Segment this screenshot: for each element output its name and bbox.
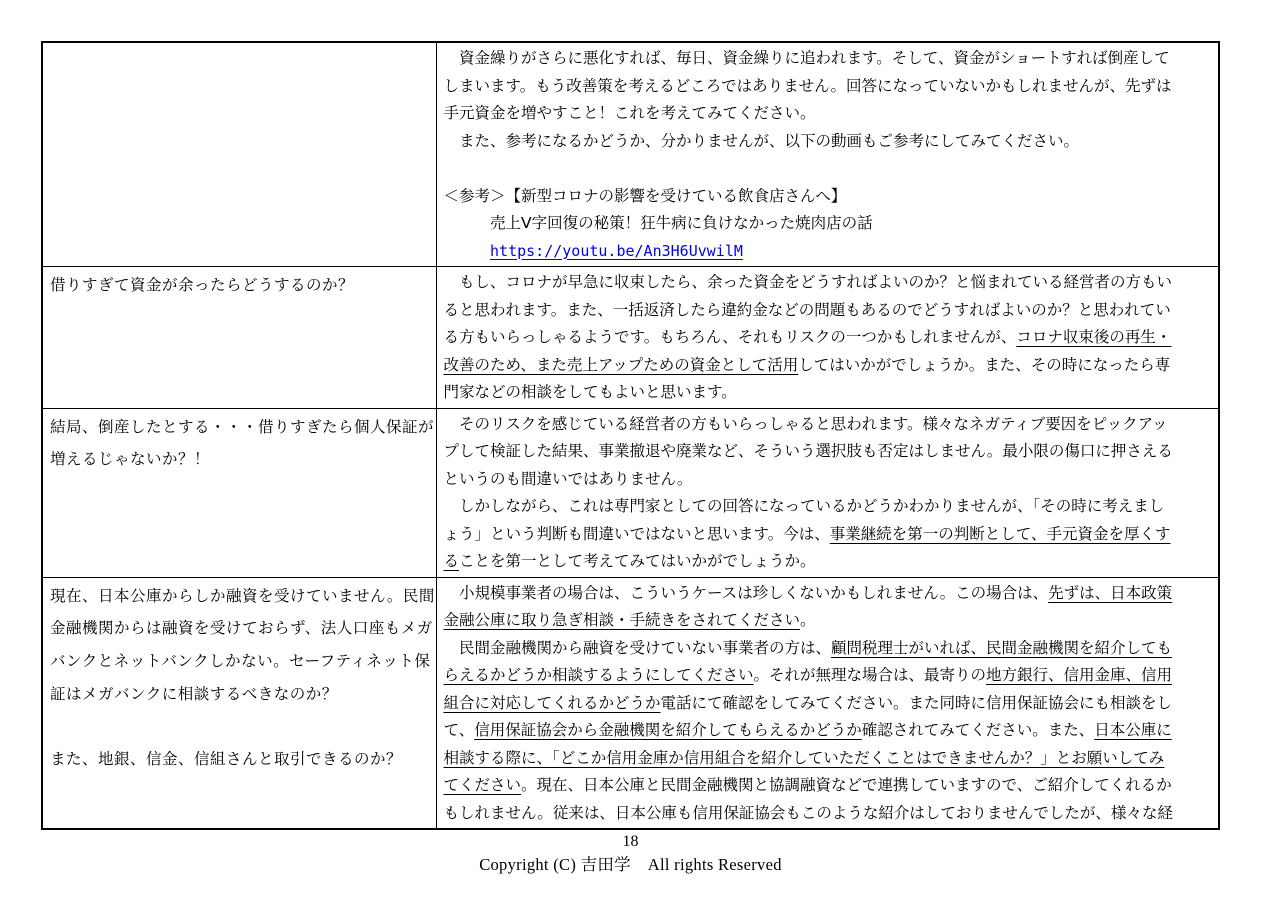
body-text: 資金繰りがさらに悪化すれば、毎日、資金繰りに追われます。そして、資金がショートす… — [444, 49, 1170, 67]
question-cell — [42, 42, 436, 267]
question-line — [50, 711, 429, 744]
answer-line: そのリスクを感じている経営者の方もいらっしゃると思われます。様々なネガティブ要因… — [444, 411, 1212, 439]
body-text: プして検証した結果、事業撤退や廃業など、そういう選択肢も否定はしません。最小限の… — [444, 442, 1173, 460]
answer-line: 売上V字回復の秘策！狂牛病に負けなかった焼肉店の話 — [444, 210, 1212, 238]
underlined-text: 信用保証協会から金融機関を紹介してもらえるかどうか — [474, 721, 862, 739]
underlined-text: 相談する際に、「どこか信用金庫か信用組合を紹介していただくことはできませんか？」… — [444, 749, 1165, 767]
answer-line: https://youtu.be/An3H6UvwilM — [444, 238, 1212, 266]
question-cell: 結局、倒産したとする・・・借りすぎたら個人保証が増えるじゃないか？！ — [42, 408, 436, 577]
answer-line: らえるかどうか相談するようにしてください。それが無理な場合は、最寄りの地方銀行、… — [444, 662, 1212, 690]
body-text: 門家などの相談をしてもよいと思います。 — [444, 383, 737, 401]
answer-cell: 資金繰りがさらに悪化すれば、毎日、資金繰りに追われます。そして、資金がショートす… — [436, 42, 1219, 267]
answer-line: 民間金融機関から融資を受けていない事業者の方は、顧問税理士がいれば、民間金融機関… — [444, 635, 1212, 663]
answer-line: ることを第一として考えてみてはいかがでしょうか。 — [444, 548, 1212, 576]
underlined-text: 事業継続を第一の判断として、手元資金を厚くす — [830, 525, 1171, 543]
youtube-link[interactable]: https://youtu.be/An3H6UvwilM — [490, 242, 743, 260]
body-text — [444, 242, 491, 260]
body-text: もし、コロナが早急に収束したら、余った資金をどうすればよいのか？と悩まれている経… — [444, 273, 1173, 291]
question-line: 結局、倒産したとする・・・借りすぎたら個人保証が — [50, 411, 429, 444]
page-footer: 18 Copyright (C) 吉田学 All rights Reserved — [0, 831, 1261, 877]
answer-line: しかしながら、これは専門家としての回答になっているかどうかわかりませんが、「その… — [444, 493, 1212, 521]
question-line: 現在、日本公庫からしか融資を受けていません。民間 — [50, 580, 429, 613]
question-line: 証はメガバンクに相談するべきなのか？ — [50, 678, 429, 711]
qa-row: 現在、日本公庫からしか融資を受けていません。民間金融機関からは融資を受けておらず… — [42, 577, 1219, 829]
body-text: また、参考になるかどうか、分かりませんが、以下の動画もご参考にしてみてください。 — [444, 132, 1080, 150]
body-text: 民間金融機関から融資を受けていない事業者の方は、 — [444, 639, 832, 657]
answer-line: 資金繰りがさらに悪化すれば、毎日、資金繰りに追われます。そして、資金がショートす… — [444, 45, 1212, 73]
body-text: 。現在、日本公庫と民間金融機関と協調融資などで連携していますので、ご紹介してくれ… — [521, 776, 1172, 794]
answer-cell: そのリスクを感じている経営者の方もいらっしゃると思われます。様々なネガティブ要因… — [436, 408, 1219, 577]
answer-line: ょう」という判断も間違いではないと思います。今は、事業継続を第一の判断として、手… — [444, 521, 1212, 549]
body-text: 電話にて確認をしてみてください。また同時に信用保証協会にも相談をし — [661, 694, 1173, 712]
underlined-text: 顧問税理士がいれば、民間金融機関を紹介しても — [831, 639, 1172, 657]
body-text: 確認されてみてください。また、 — [862, 721, 1095, 739]
answer-line: プして検証した結果、事業撤退や廃業など、そういう選択肢も否定はしません。最小限の… — [444, 438, 1212, 466]
body-text: る方もいらっしゃるようです。もちろん、それもリスクの一つかもしれませんが、 — [444, 328, 1017, 346]
answer-line: ＜参考＞【新型コロナの影響を受けている飲食店さんへ】 — [444, 183, 1212, 211]
underlined-text: てください — [444, 776, 522, 794]
body-text: 小規模事業者の場合は、こういうケースは珍しくないかもしれません。この場合は、 — [444, 584, 1049, 602]
body-text: 。それが無理な場合は、最寄りの — [754, 666, 987, 684]
copyright-text: Copyright (C) 吉田学 All rights Reserved — [0, 853, 1261, 877]
question-line: 増えるじゃないか？！ — [50, 443, 429, 476]
qa-row: 借りすぎて資金が余ったらどうするのか？ もし、コロナが早急に収束したら、余った資… — [42, 267, 1219, 409]
page-number: 18 — [0, 831, 1261, 853]
body-text: て、 — [444, 721, 475, 739]
document-page: 資金繰りがさらに悪化すれば、毎日、資金繰りに追われます。そして、資金がショートす… — [0, 0, 1261, 902]
body-text: 手元資金を増やすこと！これを考えてみてください。 — [444, 104, 816, 122]
answer-line: もしれません。従来は、日本公庫も信用保証協会もこのような紹介はしておりませんでし… — [444, 800, 1212, 828]
answer-line: また、参考になるかどうか、分かりませんが、以下の動画もご参考にしてみてください。 — [444, 128, 1212, 156]
question-line: また、地銀、信金、信組さんと取引できるのか？ — [50, 743, 429, 776]
body-text: ると思われます。また、一括返済したら違約金などの問題もあるのでどうすればよいのか… — [444, 301, 1171, 319]
underlined-text: る — [444, 552, 460, 570]
answer-line: 門家などの相談をしてもよいと思います。 — [444, 379, 1212, 407]
answer-line: 改善のため、また売上アップための資金として活用してはいかがでしょうか。また、その… — [444, 352, 1212, 380]
underlined-text: 先ずは、日本政策 — [1048, 584, 1172, 602]
body-text: というのも間違いではありません。 — [444, 470, 693, 488]
underlined-text: 金融公庫に取り急ぎ相談・手続きをされてください — [444, 611, 801, 629]
underlined-text: らえるかどうか相談するようにしてください — [444, 666, 754, 684]
body-text: ことを第一として考えてみてはいかがでしょうか。 — [459, 552, 816, 570]
qa-row: 資金繰りがさらに悪化すれば、毎日、資金繰りに追われます。そして、資金がショートす… — [42, 42, 1219, 267]
answer-line: しまいます。もう改善策を考えるどころではありません。回答になっていないかもしれま… — [444, 73, 1212, 101]
question-line: 金融機関からは融資を受けておらず、法人口座もメガ — [50, 612, 429, 645]
answer-cell: 小規模事業者の場合は、こういうケースは珍しくないかもしれません。この場合は、先ず… — [436, 577, 1219, 829]
underlined-text: 地方銀行、信用金庫、信用 — [986, 666, 1172, 684]
underlined-text: 改善のため、また売上アップための資金として活用 — [444, 356, 799, 374]
answer-cell: もし、コロナが早急に収束したら、余った資金をどうすればよいのか？と悩まれている経… — [436, 267, 1219, 409]
qa-row: 結局、倒産したとする・・・借りすぎたら個人保証が増えるじゃないか？！ そのリスク… — [42, 408, 1219, 577]
underlined-text: 組合に対応してくれるかどうか — [444, 694, 661, 712]
question-line: バンクとネットバンクしかない。セーフティネット保 — [50, 645, 429, 678]
answer-line: というのも間違いではありません。 — [444, 466, 1212, 494]
body-text: してはいかがでしょうか。また、その時になったら専 — [798, 356, 1170, 374]
body-text: しまいます。もう改善策を考えるどころではありません。回答になっていないかもしれま… — [444, 77, 1172, 95]
answer-line: 小規模事業者の場合は、こういうケースは珍しくないかもしれません。この場合は、先ず… — [444, 580, 1212, 608]
answer-line: 金融公庫に取り急ぎ相談・手続きをされてください。 — [444, 607, 1212, 635]
answer-line: る方もいらっしゃるようです。もちろん、それもリスクの一つかもしれませんが、コロナ… — [444, 324, 1212, 352]
body-text: しかしながら、これは専門家としての回答になっているかどうかわかりませんが、「その… — [444, 497, 1165, 515]
body-text: そのリスクを感じている経営者の方もいらっしゃると思われます。様々なネガティブ要因… — [444, 415, 1168, 433]
answer-line: 組合に対応してくれるかどうか電話にて確認をしてみてください。また同時に信用保証協… — [444, 690, 1212, 718]
body-text: もしれません。従来は、日本公庫も信用保証協会もこのような紹介はしておりませんでし… — [444, 804, 1173, 822]
body-text: 売上V字回復の秘策！狂牛病に負けなかった焼肉店の話 — [444, 214, 873, 232]
answer-line: 相談する際に、「どこか信用金庫か信用組合を紹介していただくことはできませんか？」… — [444, 745, 1212, 773]
answer-line: て、信用保証協会から金融機関を紹介してもらえるかどうか確認されてみてください。ま… — [444, 717, 1212, 745]
answer-line — [444, 155, 1212, 183]
body-text: 。 — [800, 611, 816, 629]
question-cell: 借りすぎて資金が余ったらどうするのか？ — [42, 267, 436, 409]
question-cell: 現在、日本公庫からしか融資を受けていません。民間金融機関からは融資を受けておらず… — [42, 577, 436, 829]
answer-line: ると思われます。また、一括返済したら違約金などの問題もあるのでどうすればよいのか… — [444, 297, 1212, 325]
body-text: ＜参考＞【新型コロナの影響を受けている飲食店さんへ】 — [444, 187, 847, 205]
underlined-text: 日本公庫に — [1094, 721, 1172, 739]
answer-line: もし、コロナが早急に収束したら、余った資金をどうすればよいのか？と悩まれている経… — [444, 269, 1212, 297]
answer-line: てください。現在、日本公庫と民間金融機関と協調融資などで連携していますので、ご紹… — [444, 772, 1212, 800]
underlined-text: コロナ収束後の再生・ — [1016, 328, 1171, 346]
question-line: 借りすぎて資金が余ったらどうするのか？ — [50, 269, 429, 302]
body-text: ょう」という判断も間違いではないと思います。今は、 — [444, 525, 830, 543]
qa-table: 資金繰りがさらに悪化すれば、毎日、資金繰りに追われます。そして、資金がショートす… — [41, 41, 1220, 830]
answer-line: 手元資金を増やすこと！これを考えてみてください。 — [444, 100, 1212, 128]
